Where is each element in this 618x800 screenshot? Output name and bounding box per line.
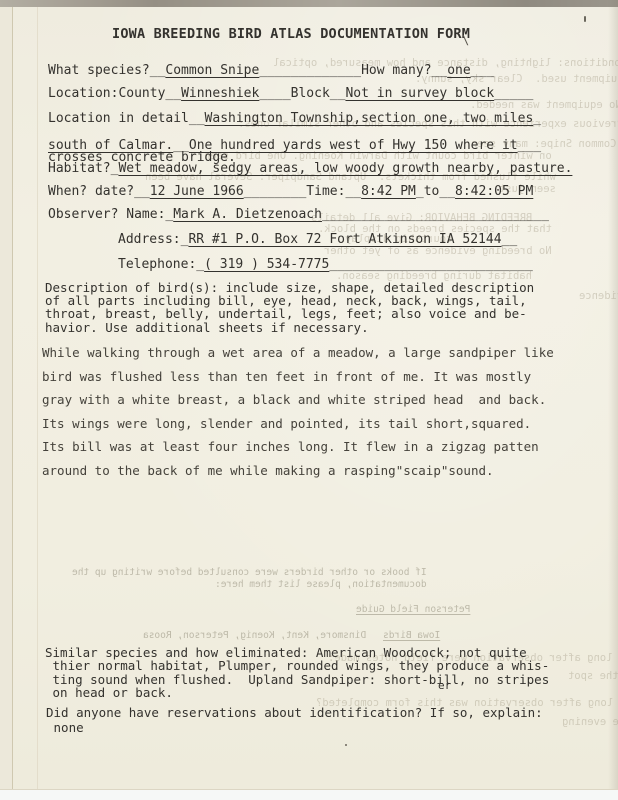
typed-line: Its wings were long, slender and pointed… <box>42 417 554 441</box>
bleedthrough-text: Dinsmore, Kent, Koenig, Peterson, Roosa <box>143 630 366 641</box>
typed-line: throat, breast, belly, undertail, legs, … <box>45 307 534 320</box>
field-block-value: Not in survey block <box>345 86 494 101</box>
field-date-value: 12 June 1966 <box>150 184 244 199</box>
scan-top-edge <box>0 0 618 7</box>
field-how-many-value: one <box>447 63 470 78</box>
field-time-start-value: 8:42 PM <box>361 184 416 199</box>
typed-line: thier normal habitat, Plumper, rounded w… <box>45 659 549 672</box>
typed-line: Similar species and how eliminated: Amer… <box>45 646 549 659</box>
telephone-line: Telephone:_( 319 ) 534-7775_____________… <box>118 257 533 272</box>
form-line-text: _ <box>196 257 204 272</box>
field-observer-name-value: Mark A. Dietzenoach <box>173 207 322 222</box>
form-line-text: __ <box>134 184 150 199</box>
scan-speck <box>584 16 586 22</box>
form-line-text: Address: <box>118 232 181 247</box>
location-detail-line: Location in detail__Washington Township,… <box>48 111 541 126</box>
form-line-text: __ <box>165 86 181 101</box>
bleedthrough-text: Same evening <box>562 716 618 728</box>
typed-correction-insert: er <box>438 679 451 692</box>
address-line: Address:_RR #1 P.O. Box 72 Fort Atkinson… <box>118 232 517 247</box>
page-fold-left-edge <box>0 7 13 789</box>
bleedthrough-text: Iowa Birds <box>383 630 440 641</box>
stray-pen-mark: \ <box>462 33 469 47</box>
field-time-end-value: 8:42:05 PM <box>455 184 533 199</box>
bleedthrough-text: Peterson Field Guide <box>356 604 470 615</box>
field-telephone-value: ( 319 ) 534-7775 <box>204 257 329 272</box>
form-line-text: __ <box>189 111 205 126</box>
field-species-value: Common Snipe <box>165 63 259 78</box>
typed-line: around to the back of me while making a … <box>42 464 554 488</box>
scan-speck <box>345 744 347 746</box>
paper-crease-line <box>37 7 38 789</box>
form-line-text: _____________________________ <box>322 207 549 222</box>
location-county-line: Location:County__Winneshiek____Block__No… <box>48 86 533 101</box>
field-location-detail-value: Washington Township,section one, two mil… <box>205 111 534 126</box>
form-line-text: _ <box>416 184 424 199</box>
form-line-text: Block <box>291 86 330 101</box>
form-line-text: ____ <box>259 86 290 101</box>
form-line-text: ___ <box>471 63 494 78</box>
form-line-text: __ <box>439 184 455 199</box>
description-instructions-block: Description of bird(s): include size, sh… <box>45 281 534 334</box>
form-line-text: Observer? Name: <box>48 207 165 222</box>
form-line-text: _ <box>533 111 541 126</box>
form-line-text: What species? <box>48 63 150 78</box>
typed-line: ting sound when flushed. Upland Sandpipe… <box>45 673 549 686</box>
field-address-value: RR #1 P.O. Box 72 Fort Atkinson IA 52144 <box>188 232 501 247</box>
form-line-text: Location:County <box>48 86 165 101</box>
form-title: IOWA BREEDING BIRD ATLAS DOCUMENTATION F… <box>112 26 470 42</box>
typed-line: While walking through a wet area of a me… <box>42 346 554 370</box>
bleedthrough-text: evidence <box>579 290 618 302</box>
typed-line: none <box>46 721 543 736</box>
typed-line: on head or back. <box>45 686 549 699</box>
form-line-text: When? date? <box>48 184 134 199</box>
when-line: When? date?__12 June 1966________Time:__… <box>48 184 533 199</box>
form-line-text: _____ <box>494 86 533 101</box>
form-line-text: Location in detail <box>48 111 189 126</box>
bird-description-narrative-block: While walking through a wet area of a me… <box>42 346 554 487</box>
typed-line: havior. Use additional sheets if necessa… <box>45 321 534 334</box>
typed-line: Its bill was at least four inches long. … <box>42 440 554 464</box>
form-line-text: __ <box>345 184 361 199</box>
form-line-text: Telephone: <box>118 257 196 272</box>
form-line-text: __ <box>150 63 166 78</box>
habitat-line: Habitat?_Wet meadow, sedgy areas, low wo… <box>48 161 572 176</box>
field-habitat-value: Wet meadow, sedgy areas, low woody growt… <box>118 161 572 176</box>
form-line-text: _____________ <box>259 63 361 78</box>
form-line-text: Time: <box>306 184 345 199</box>
field-value: One hundred yards west of Hwy 150 where … <box>189 138 518 153</box>
bleedthrough-text: documentation, please list them here: <box>215 579 427 590</box>
form-line-text: __ <box>502 232 518 247</box>
reservations-block: Did anyone have reservations about ident… <box>46 706 543 736</box>
scanned-document-page: IOWA BREEDING BIRD ATLAS DOCUMENTATION F… <box>0 0 618 800</box>
form-line-text: to <box>424 184 440 199</box>
form-line-text: __ <box>330 86 346 101</box>
form-line-text: ________ <box>244 184 307 199</box>
form-line-text: ___ <box>518 138 541 153</box>
species-line: What species?__Common Snipe_____________… <box>48 63 494 78</box>
similar-species-block: Similar species and how eliminated: Amer… <box>45 646 549 699</box>
form-line-text: Habitat? <box>48 161 111 176</box>
typed-line: bird was flushed less than ten feet in f… <box>42 370 554 394</box>
bleedthrough-text: On the spot <box>568 670 618 682</box>
form-line-text: __________________________ <box>329 257 533 272</box>
field-county-value: Winneshiek <box>181 86 259 101</box>
form-line-text: __ <box>432 63 448 78</box>
form-line-text: How many? <box>361 63 431 78</box>
typed-line: Did anyone have reservations about ident… <box>46 706 543 721</box>
bleedthrough-text: If books or other birders were consulted… <box>72 567 427 578</box>
scan-bottom-edge <box>0 789 618 800</box>
observer-name-line: Observer? Name:_Mark A. Dietzenoach_____… <box>48 207 549 222</box>
typed-line: gray with a white breast, a black and wh… <box>42 393 554 417</box>
